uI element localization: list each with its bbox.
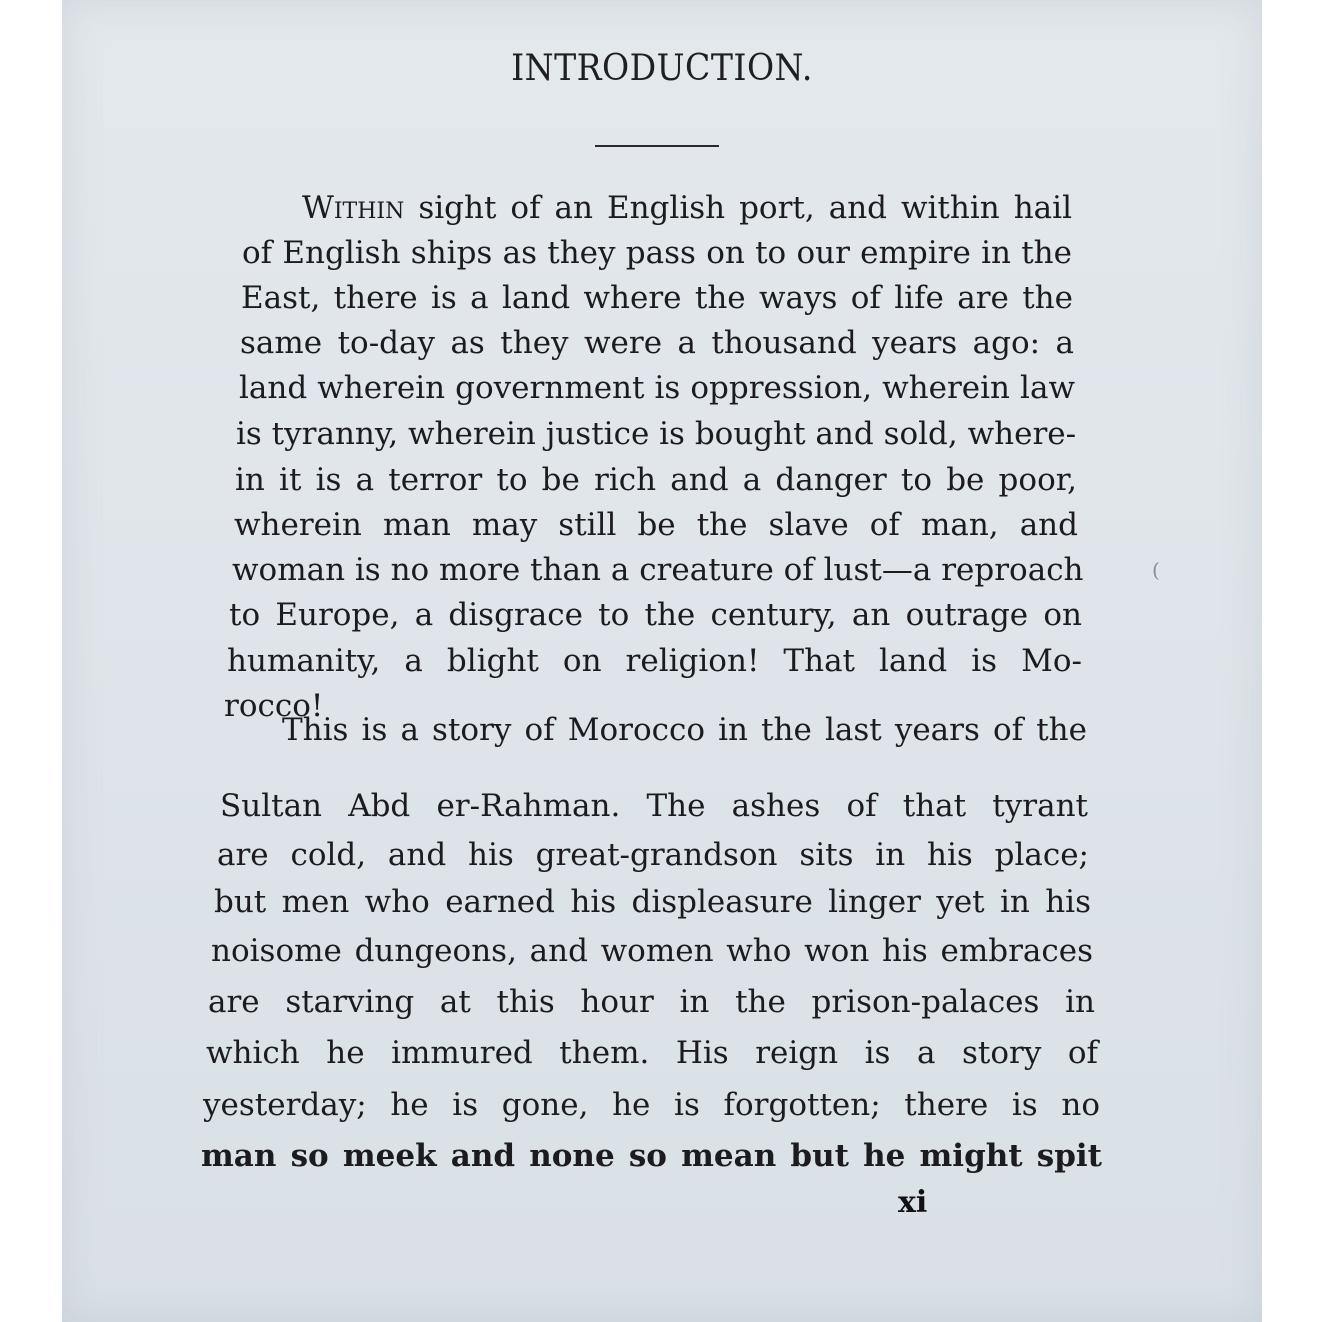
heading-rule (595, 145, 719, 147)
text-line: same to-day as they were a thousand year… (240, 323, 1074, 363)
lead-word: Within (302, 190, 404, 226)
text-line: of English ships as they pass on to our … (242, 233, 1072, 273)
book-page: INTRODUCTION. Within sight of an English… (62, 0, 1262, 1322)
text-line: which he immured them. His reign is a st… (206, 1033, 1098, 1073)
chapter-heading: INTRODUCTION. (110, 48, 1214, 89)
text-line: This is a story of Morocco in the last y… (282, 710, 1087, 750)
text-line: East, there is a land where the ways of … (241, 278, 1073, 318)
text-line: but men who earned his displeasure linge… (214, 882, 1091, 922)
text-line: Within sight of an English port, and wit… (302, 188, 1072, 228)
text-line: Sultan Abd er-Rahman. The ashes of that … (220, 786, 1088, 826)
text-line: man so meek and none so mean but he migh… (201, 1136, 1102, 1176)
text-line: wherein man may still be the slave of ma… (234, 505, 1078, 545)
text-line: to Europe, a disgrace to the century, an… (229, 595, 1082, 635)
text-line: in it is a terror to be rich and a dange… (235, 460, 1077, 500)
margin-mark: ( (1152, 558, 1160, 582)
text-line: land wherein government is oppression, w… (239, 368, 1075, 408)
text-line: yesterday; he is gone, he is forgotten; … (203, 1085, 1100, 1125)
text-line: are cold, and his great-grandson sits in… (217, 835, 1089, 875)
text-line: humanity, a blight on religion! That lan… (227, 641, 1082, 681)
text-line: is tyranny, wherein justice is bought an… (236, 414, 1075, 454)
text-line: are starving at this hour in the prison-… (208, 982, 1095, 1022)
text-line: noisome dungeons, and women who won his … (211, 931, 1093, 971)
page-number: xi (898, 1185, 927, 1220)
text-line: woman is no more than a creature of lust… (232, 550, 1080, 590)
